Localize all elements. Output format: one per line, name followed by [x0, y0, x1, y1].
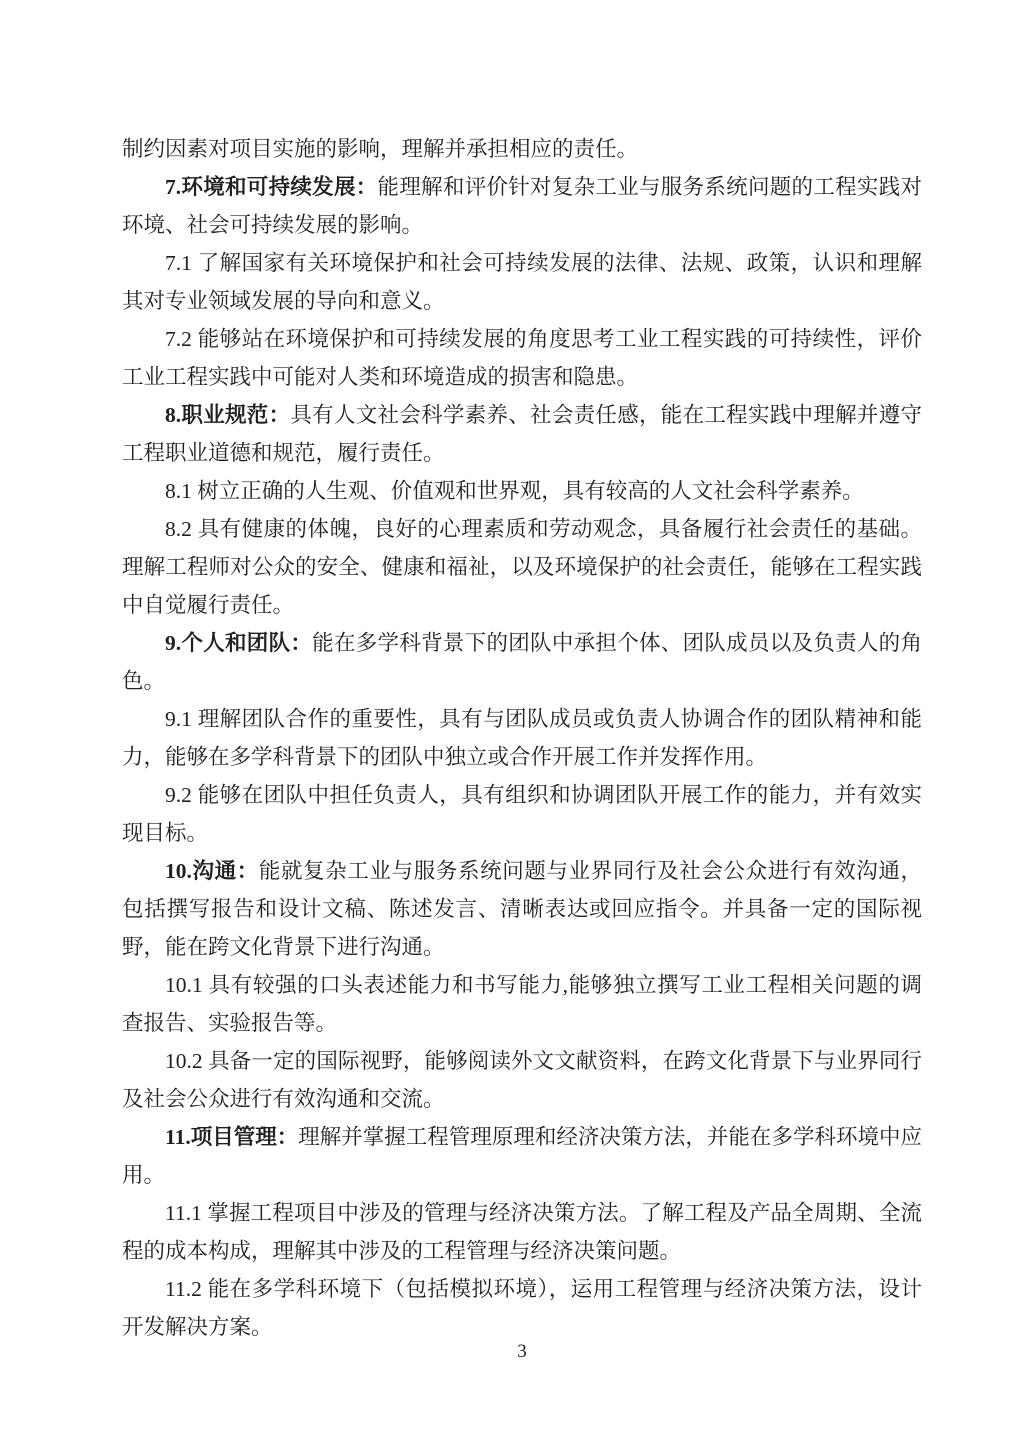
- page-footer: 3: [122, 1340, 922, 1364]
- paragraph-continued: 制约因素对项目实施的影响，理解并承担相应的责任。: [122, 130, 922, 168]
- item-11-2-paragraph: 11.2 能在多学科环境下（包括模拟环境），运用工程管理与经济决策方法，设计开发…: [122, 1270, 922, 1346]
- paragraph-text: 制约因素对项目实施的影响，理解并承担相应的责任。: [122, 137, 638, 161]
- section-9-heading-paragraph: 9.个人和团队：能在多学科背景下的团队中承担个体、团队成员以及负责人的角色。: [122, 624, 922, 700]
- paragraph-text: 9.2 能够在团队中担任负责人，具有组织和协调团队开展工作的能力，并有效实现目标…: [122, 783, 922, 845]
- section-8-heading-paragraph: 8.职业规范：具有人文社会科学素养、社会责任感，能在工程实践中理解并遵守工程职业…: [122, 396, 922, 472]
- item-9-2-paragraph: 9.2 能够在团队中担任负责人，具有组织和协调团队开展工作的能力，并有效实现目标…: [122, 776, 922, 852]
- paragraph-text: 8.2 具有健康的体魄，良好的心理素质和劳动观念，具备履行社会责任的基础。理解工…: [122, 517, 922, 617]
- document-body: 制约因素对项目实施的影响，理解并承担相应的责任。 7.环境和可持续发展：能理解和…: [122, 130, 922, 1346]
- section-11-heading-paragraph: 11.项目管理：理解并掌握工程管理原理和经济决策方法，并能在多学科环境中应用。: [122, 1118, 922, 1194]
- item-7-2-paragraph: 7.2 能够站在环境保护和可持续发展的角度思考工业工程实践的可持续性，评价工业工…: [122, 320, 922, 396]
- item-8-1-paragraph: 8.1 树立正确的人生观、价值观和世界观，具有较高的人文社会科学素养。: [122, 472, 922, 510]
- item-10-2-paragraph: 10.2 具备一定的国际视野，能够阅读外文文献资料，在跨文化背景下与业界同行及社…: [122, 1042, 922, 1118]
- page-number: 3: [517, 1341, 527, 1362]
- paragraph-text: 10.1 具有较强的口头表述能力和书写能力,能够独立撰写工业工程相关问题的调查报…: [122, 973, 922, 1035]
- paragraph-text: 8.1 树立正确的人生观、价值观和世界观，具有较高的人文社会科学素养。: [165, 479, 864, 503]
- section-7-label: 7.环境和可持续发展：: [165, 175, 378, 199]
- paragraph-text: 7.1 了解国家有关环境保护和社会可持续发展的法律、法规、政策，认识和理解其对专…: [122, 251, 922, 313]
- item-7-1-paragraph: 7.1 了解国家有关环境保护和社会可持续发展的法律、法规、政策，认识和理解其对专…: [122, 244, 922, 320]
- section-10-label: 10.沟通：: [165, 859, 259, 883]
- paragraph-text: 11.1 掌握工程项目中涉及的管理与经济决策方法。了解工程及产品全周期、全流程的…: [122, 1201, 922, 1263]
- section-9-label: 9.个人和团队：: [165, 631, 312, 655]
- paragraph-text: 11.2 能在多学科环境下（包括模拟环境），运用工程管理与经济决策方法，设计开发…: [122, 1277, 922, 1339]
- item-10-1-paragraph: 10.1 具有较强的口头表述能力和书写能力,能够独立撰写工业工程相关问题的调查报…: [122, 966, 922, 1042]
- paragraph-text: 7.2 能够站在环境保护和可持续发展的角度思考工业工程实践的可持续性，评价工业工…: [122, 327, 922, 389]
- item-9-1-paragraph: 9.1 理解团队合作的重要性，具有与团队成员或负责人协调合作的团队精神和能力，能…: [122, 700, 922, 776]
- item-8-2-paragraph: 8.2 具有健康的体魄，良好的心理素质和劳动观念，具备履行社会责任的基础。理解工…: [122, 510, 922, 624]
- paragraph-text: 9.1 理解团队合作的重要性，具有与团队成员或负责人协调合作的团队精神和能力，能…: [122, 707, 922, 769]
- section-11-label: 11.项目管理：: [165, 1125, 298, 1149]
- item-11-1-paragraph: 11.1 掌握工程项目中涉及的管理与经济决策方法。了解工程及产品全周期、全流程的…: [122, 1194, 922, 1270]
- section-10-heading-paragraph: 10.沟通：能就复杂工业与服务系统问题与业界同行及社会公众进行有效沟通，包括撰写…: [122, 852, 922, 966]
- paragraph-text: 10.2 具备一定的国际视野，能够阅读外文文献资料，在跨文化背景下与业界同行及社…: [122, 1049, 922, 1111]
- section-8-label: 8.职业规范：: [165, 403, 290, 427]
- section-7-heading-paragraph: 7.环境和可持续发展：能理解和评价针对复杂工业与服务系统问题的工程实践对环境、社…: [122, 168, 922, 244]
